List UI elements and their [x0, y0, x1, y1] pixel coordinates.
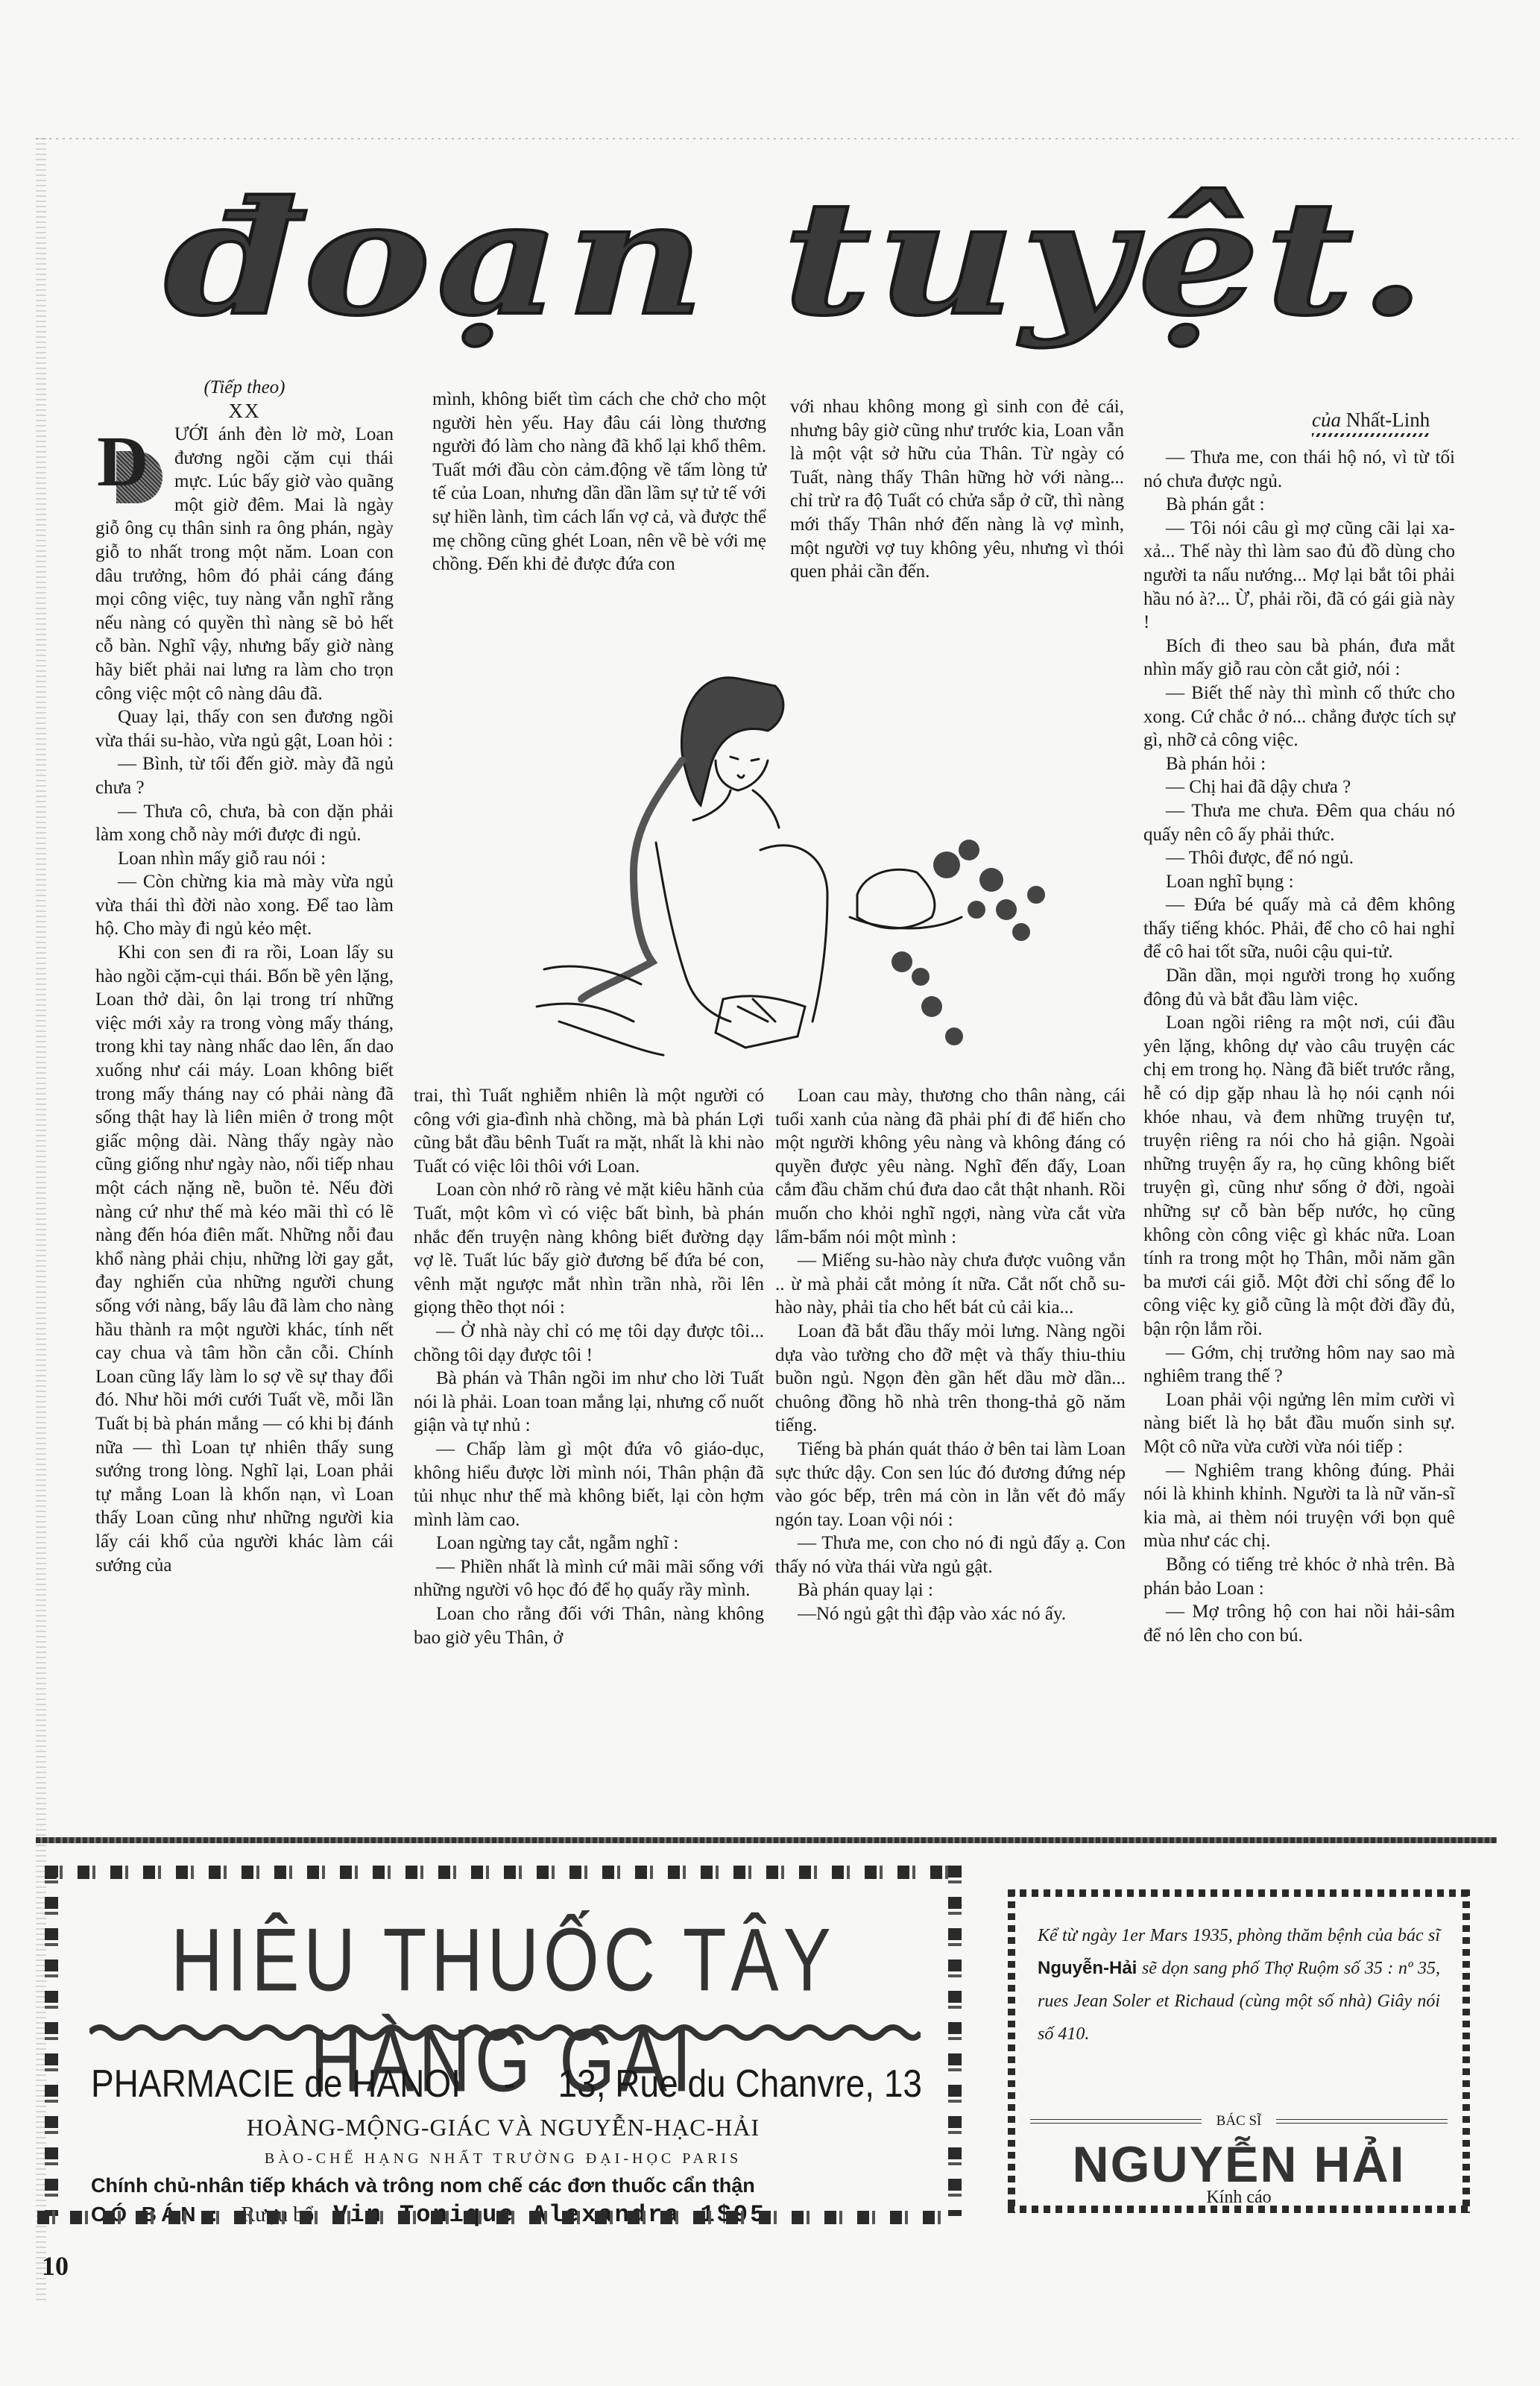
- pharmacy-owners: HOÀNG-MỘNG-GIÁC VÀ NGUYỄN-HẠC-HẢI: [45, 2114, 962, 2141]
- paragraph: — Thưa me, con cho nó đi ngủ đấy ạ. Con …: [775, 1532, 1126, 1578]
- paragraph: — Miếng su-hào này chưa được vuông vắn .…: [775, 1249, 1126, 1320]
- paragraph: Loan cau mày, thương cho thân nàng, cái …: [775, 1084, 1126, 1249]
- story-title-text: đoạn tuyệt.: [164, 186, 1431, 350]
- divider: [1276, 2119, 1448, 2124]
- dotted-border: [1008, 1889, 1470, 1897]
- paragraph: trai, thì Tuất nghiễm nhiên là một người…: [414, 1084, 764, 1178]
- drop-cap: D: [95, 426, 167, 506]
- paragraph: — Thưa me chưa. Đêm qua cháu nó quấy nên…: [1143, 799, 1455, 846]
- wave-divider-icon: [89, 2022, 921, 2043]
- pharmacy-service: Chính chủ-nhân tiếp khách và trông nom c…: [91, 2174, 918, 2197]
- paragraph: Quay lại, thấy con sen đương ngồi vừa th…: [95, 705, 394, 752]
- doctor-title: BÁC SĨ: [1216, 2113, 1262, 2130]
- top-rule: [36, 138, 1519, 139]
- column-2-bottom: trai, thì Tuất nghiễm nhiên là một người…: [414, 1084, 764, 1649]
- paragraph: —Nó ngủ gật thì đập vào xác nó ấy.: [775, 1602, 1126, 1626]
- paragraph: Loan ngồi riêng ra một nơi, cúi đầu yên …: [1143, 1011, 1455, 1341]
- paragraph: — Chị hai đã dậy chưa ?: [1143, 775, 1455, 799]
- continued-label: (Tiếp theo): [95, 377, 394, 399]
- paragraph: Bà phán gắt :: [1143, 493, 1455, 517]
- leaves-icon: [892, 840, 1045, 1045]
- paragraph: — Thôi được, để nó ngủ.: [1143, 846, 1455, 870]
- paragraph: Bà phán hỏi :: [1143, 752, 1455, 776]
- separator: -: [504, 2061, 515, 2106]
- paragraph: mình, không biết tìm cách che chở cho mộ…: [432, 388, 766, 576]
- paragraph: với nhau không mong gì sinh con đẻ cái, …: [790, 395, 1124, 584]
- paragraph: — Phiền nhất là mình cứ mãi mãi sống với…: [414, 1555, 764, 1602]
- paragraph: Loan đã bắt đầu thấy mỏi lưng. Nàng ngồi…: [775, 1320, 1126, 1438]
- paragraph: Loan nghĩ bụng :: [1143, 870, 1455, 894]
- chapter-number: XX: [95, 399, 394, 423]
- byline-underline: [1312, 433, 1430, 437]
- story-title: đoạn tuyệt.: [149, 186, 1461, 358]
- paragraph: — Còn chừng kia mà mày vừa ngủ vừa thái …: [95, 870, 394, 941]
- paragraph: — Bình, từ tối đến giờ. mày đã ngủ chưa …: [95, 752, 394, 799]
- paragraph: Loan cho rằng đối với Thân, nàng không b…: [414, 1602, 764, 1649]
- illustration-woman-cutting-vegetables: [514, 649, 1081, 1066]
- ornamental-border: [37, 2211, 954, 2224]
- paragraph: — Mợ trông hộ con hai nồi hải-sâm để nó …: [1143, 1600, 1455, 1647]
- paragraph: Khi con sen đi ra rồi, Loan lấy su hào n…: [95, 941, 394, 1577]
- hair-icon: [681, 678, 783, 805]
- paragraph: — Ở nhà này chỉ có mẹ tôi dạy được tôi..…: [414, 1320, 764, 1367]
- pharmacy-advertisement: HIÊU THUỐC TÂY HÀNG GAI PHARMACIE de HAN…: [45, 1866, 962, 2216]
- doctor-name: NGUYỄN HẢI: [1008, 2135, 1470, 2194]
- paragraph: Tiếng bà phán quát tháo ở bên tai làm Lo…: [775, 1438, 1126, 1532]
- pharmacy-address: 13, Rue du Chanvre, 13: [558, 2061, 922, 2106]
- paragraph: — Nghiêm trang không đúng. Phải nói là k…: [1143, 1459, 1455, 1553]
- paragraph: — Gớm, chị trưởng hôm nay sao mà nghiêm …: [1143, 1341, 1455, 1388]
- pharmacy-name-line: PHARMACIE de HANOI - 13, Rue du Chanvre,…: [91, 2061, 922, 2106]
- divider: [1030, 2119, 1202, 2124]
- ornamental-border: [45, 1866, 962, 1879]
- pharmacy-name-fr: PHARMACIE de HANOI: [91, 2061, 461, 2106]
- author-name: Nhất-Linh: [1346, 409, 1430, 431]
- paragraph: — Đứa bé quấy mà cả đêm không thấy tiếng…: [1143, 893, 1455, 964]
- column-3-bottom: Loan cau mày, thương cho thân nàng, cái …: [775, 1084, 1126, 1626]
- paragraph: Bỗng có tiếng trẻ khóc ở nhà trên. Bà ph…: [1143, 1553, 1455, 1600]
- magazine-page: đoạn tuyệt. (Tiếp theo) XX D ƯỚI ánh đèn…: [0, 0, 1540, 2386]
- drop-cap-letter: D: [97, 426, 148, 497]
- ad-separator-rule: [36, 1837, 1497, 1843]
- byline-prefix: của: [1312, 409, 1341, 431]
- paragraph: — Chấp làm gì một đứa vô giáo-dục, không…: [414, 1438, 764, 1532]
- paragraph: Loan còn nhớ rõ ràng vẻ mặt kiêu hãnh củ…: [414, 1178, 764, 1320]
- page-number: 10: [42, 2250, 69, 2282]
- paragraph: Loan phải vội ngửng lên mỉm cười vì nàng…: [1143, 1388, 1455, 1459]
- paragraph: — Tôi nói câu gì mợ cũng cãi lại xa-xả..…: [1143, 517, 1455, 635]
- column-2-top: mình, không biết tìm cách che chở cho mộ…: [432, 388, 766, 576]
- paragraph: Bà phán quay lại :: [775, 1578, 1126, 1602]
- column-1: (Tiếp theo) XX D ƯỚI ánh đèn lờ mờ, Loan…: [95, 377, 394, 1577]
- paragraph: — Thưa cô, chưa, bà con dặn phải làm xon…: [95, 800, 394, 847]
- paragraph: Loan nhìn mấy giỗ rau nói :: [95, 847, 394, 871]
- paragraph: Dần dần, mọi người trong họ xuống đông đ…: [1143, 964, 1455, 1011]
- paragraph: — Biết thế này thì mình cố thức cho xong…: [1143, 682, 1455, 752]
- notice-doctor-name: Nguyễn-Hải: [1038, 1958, 1137, 1978]
- byline: của Nhất-Linh: [1312, 409, 1430, 437]
- paragraph: Loan ngừng tay cắt, ngẫm nghĩ :: [414, 1532, 764, 1555]
- pharmacy-credentials: BÀO-CHẾ HẠNG NHẤT TRƯỜNG ĐẠI-HỌC PARIS: [45, 2150, 962, 2168]
- paragraph: — Thưa me, con thái hộ nó, vì từ tối nó …: [1143, 446, 1455, 493]
- paragraph: Bích đi theo sau bà phán, đưa mắt nhìn m…: [1143, 635, 1455, 682]
- column-4: — Thưa me, con thái hộ nó, vì từ tối nó …: [1143, 446, 1455, 1647]
- doctor-notice: Kể từ ngày 1er Mars 1935, phòng thăm bện…: [1038, 1919, 1440, 2050]
- paragraph: Bà phán và Thân ngồi im như cho lời Tuất…: [414, 1367, 764, 1438]
- notice-pre: Kể từ ngày 1er Mars 1935, phòng thăm bện…: [1038, 1926, 1440, 1945]
- doctor-closing: Kính cáo: [1008, 2188, 1470, 2208]
- column-3-top: với nhau không mong gì sinh con đẻ cái, …: [790, 395, 1124, 584]
- doctor-advertisement: Kể từ ngày 1er Mars 1935, phòng thăm bện…: [1008, 1889, 1470, 2213]
- doctor-title-row: BÁC SĨ: [1030, 2113, 1448, 2130]
